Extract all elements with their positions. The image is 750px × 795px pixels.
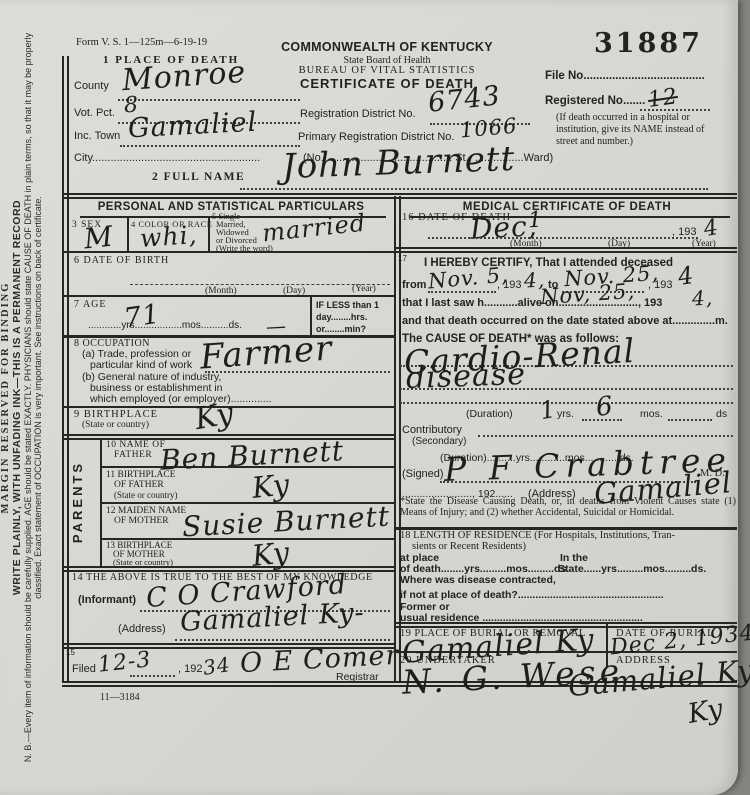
rule xyxy=(127,216,129,251)
occupation-b-line3: which employed (or employer)............… xyxy=(90,393,271,405)
filed-date-value: 12-3 xyxy=(97,649,152,676)
reg-district-label: Registration District No. xyxy=(300,108,416,121)
duration-years-label: yrs. xyxy=(557,408,574,420)
reg-district-value: 6743 xyxy=(427,82,502,116)
full-name-value: John Burnett xyxy=(281,142,515,184)
certify-to-year: 4 xyxy=(676,263,695,289)
rule xyxy=(130,674,175,677)
file-no-label: File No.................................… xyxy=(545,70,705,83)
parents-side-label: PARENTS xyxy=(70,438,98,566)
form-number: Form V. S. 1—125m—6-19-19 xyxy=(76,37,207,49)
contributory-sub-label: (Secondary) xyxy=(412,436,466,448)
residence-state: State......yrs.........mos.........ds. xyxy=(558,563,706,575)
duration-months-value: 6 xyxy=(595,393,615,421)
residence-if-not: if not at place of death?...............… xyxy=(400,589,664,601)
rule xyxy=(394,247,737,253)
father-name-value: Ben Burnett xyxy=(159,437,344,475)
signed-label: (Signed) xyxy=(402,468,444,481)
undertaker-flourish: Ky xyxy=(686,695,726,728)
occupation-value: Farmer xyxy=(199,331,333,374)
city-label: City....................................… xyxy=(74,152,260,165)
registered-no-label: Registered No....... xyxy=(545,95,645,108)
age-value: 71 xyxy=(122,301,162,333)
certify-from-label: from xyxy=(402,279,426,292)
father-bp-value: Ky xyxy=(251,470,292,503)
rule xyxy=(62,251,394,253)
filed-label: Filed xyxy=(72,663,96,676)
filed-number: 15 xyxy=(66,648,75,657)
dob-label: 6 DATE OF BIRTH xyxy=(74,255,169,267)
age-units: ............yrs.................mos.....… xyxy=(88,320,242,332)
birthplace-sub-label: (State or country) xyxy=(82,420,149,431)
rule xyxy=(175,638,390,641)
vot-pct-label: Vot. Pct. xyxy=(74,107,115,120)
birthplace-value: Ky xyxy=(193,399,237,435)
rule xyxy=(62,56,69,682)
mother-name-label2: OF MOTHER xyxy=(114,516,169,527)
certify-from-year-printed: , 193 xyxy=(497,279,521,292)
certify-number: 17 xyxy=(398,254,407,263)
serial-number: 31887 xyxy=(594,28,703,59)
hospital-note: (If death occurred in a hospital or inst… xyxy=(556,112,714,147)
county-value: Monroe xyxy=(121,58,247,97)
rule xyxy=(668,418,712,421)
rule xyxy=(240,187,708,190)
inc-town-value: Gamaliel xyxy=(127,109,257,143)
margin-nb-text: N. B.—Every item of information should b… xyxy=(23,0,44,795)
informant-address-label: (Address) xyxy=(118,623,166,636)
filed-year-value: 34 xyxy=(202,654,232,678)
primary-district-value: 1066 xyxy=(459,116,518,142)
if-less-line1: IF LESS than 1 xyxy=(316,300,379,310)
if-less-line2: day........hrs. xyxy=(316,312,367,322)
rule xyxy=(478,434,733,437)
certify-to-year-printed: , 193 xyxy=(648,279,672,292)
certify-occurred-line: and that death occurred on the date stat… xyxy=(402,315,728,328)
rule xyxy=(400,401,733,404)
plate-number: 11—3184 xyxy=(100,692,140,704)
contributory-label: Contributory xyxy=(402,424,462,437)
father-bp-label3: (State or country) xyxy=(114,490,177,500)
rule xyxy=(208,216,210,251)
certificate-paper: MARGIN RESERVED FOR BINDING WRITE PLAINL… xyxy=(0,0,738,795)
date-of-death-year-printed: , 193 xyxy=(672,226,696,239)
duration-months-label: mos. xyxy=(640,408,663,420)
rule xyxy=(62,295,394,297)
margin-binding-text: MARGIN RESERVED FOR BINDING xyxy=(0,0,11,795)
informant-label: (Informant) xyxy=(78,594,136,607)
rule xyxy=(130,283,390,285)
age-label: 7 AGE xyxy=(74,299,107,311)
duration-days-label: ds xyxy=(716,408,727,420)
certify-saw-year: 4, xyxy=(691,287,713,308)
dob-year-label: (Year) xyxy=(352,284,376,295)
filed-year-printed: , 192 xyxy=(178,663,202,676)
informant-address-value: Gamaliel Ky- xyxy=(179,599,365,636)
occupation-a-line2: particular kind of work xyxy=(90,359,192,371)
date-of-death-year: 4 xyxy=(702,217,721,241)
residence-contracted: Where was disease contracted, xyxy=(400,574,556,586)
father-name-label2: FATHER xyxy=(114,450,152,461)
cause-value-line2: disease xyxy=(406,360,527,394)
inc-town-label: Inc. Town xyxy=(74,130,120,143)
margin-permanent-text: WRITE PLAINLY, WITH UNFADING INK—THIS IS… xyxy=(11,0,23,795)
duration-label: (Duration) xyxy=(466,408,513,420)
rule xyxy=(120,144,300,147)
mother-name-value: Susie Burnett xyxy=(181,503,390,542)
race-value: whi, xyxy=(139,222,198,251)
rule xyxy=(118,98,300,101)
full-name-label: 2 FULL NAME xyxy=(152,171,245,184)
rule xyxy=(640,108,710,111)
county-label: County xyxy=(74,80,109,93)
date-of-death-day: 1 xyxy=(527,210,543,233)
commonwealth-title: COMMONWEALTH OF KENTUCKY xyxy=(278,40,496,54)
sex-value: M xyxy=(83,223,115,254)
rule xyxy=(428,236,698,239)
binding-margin-note: MARGIN RESERVED FOR BINDING WRITE PLAINL… xyxy=(0,0,62,795)
